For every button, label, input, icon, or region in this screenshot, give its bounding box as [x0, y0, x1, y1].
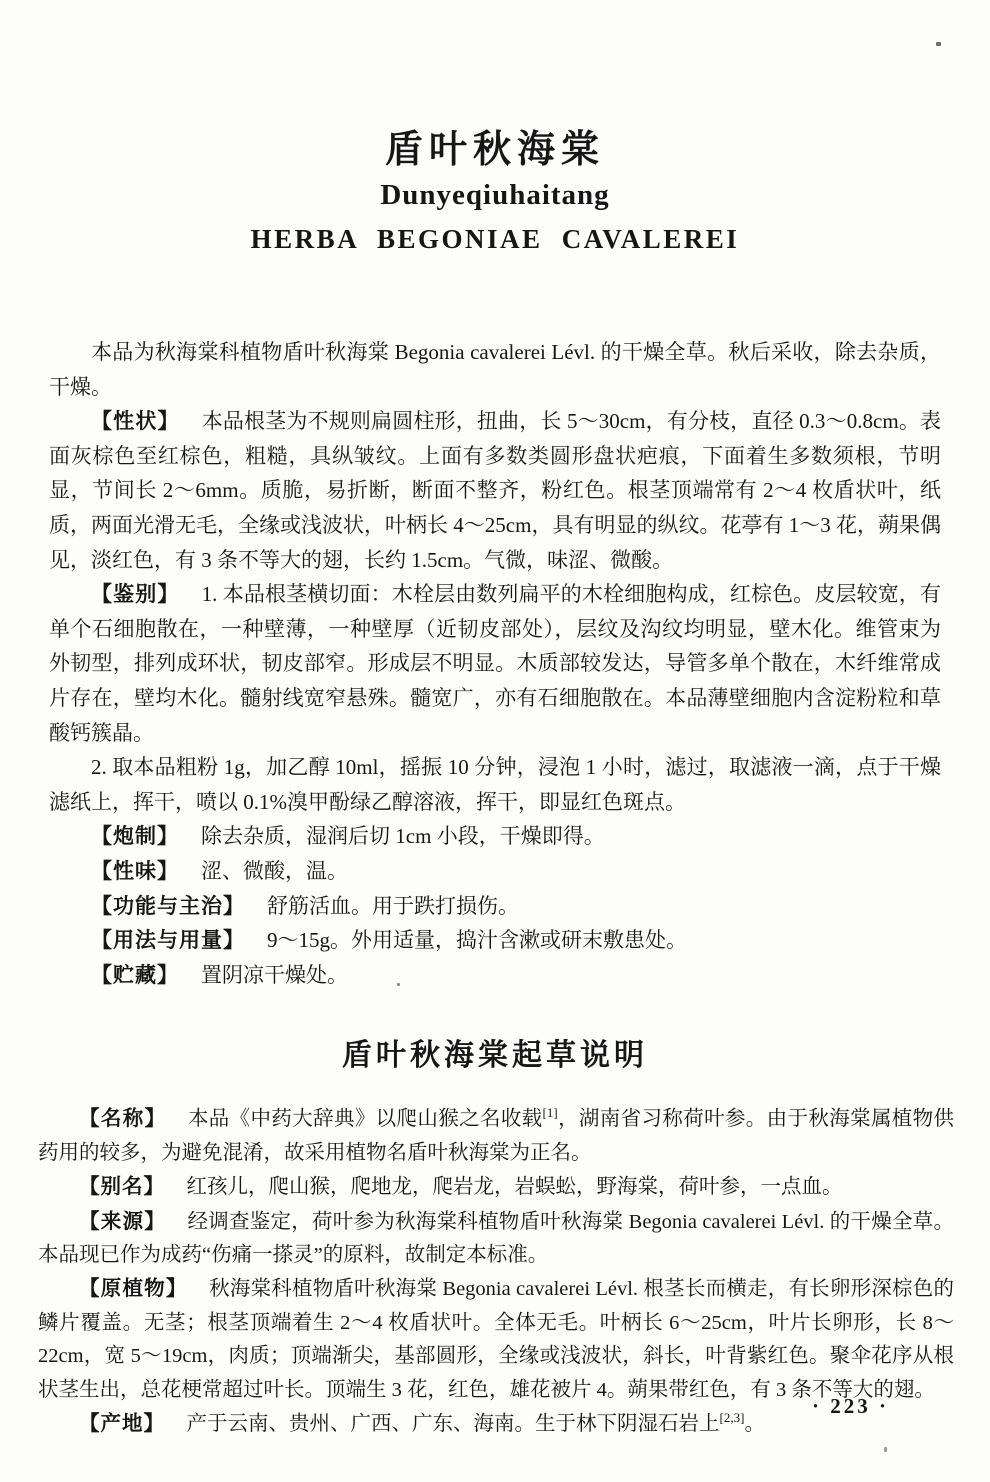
section-label-bieming: 【别名】: [79, 1174, 165, 1198]
paragraph-text: 经调查鉴定，荷叶参为秋海棠科植物盾叶秋海棠 Begonia cavalerei …: [38, 1211, 954, 1266]
explanation-section-title: 盾叶秋海棠起草说明: [0, 1030, 990, 1074]
paragraph-text: 本品为秋海棠科植物盾叶秋海棠 Begonia cavalerei Lévl. 的…: [49, 340, 941, 399]
monograph-title-chinese: 盾叶秋海棠: [0, 118, 990, 173]
section-label-chandi: 【产地】: [79, 1411, 165, 1435]
section-label-xingwei: 【性味】: [91, 859, 179, 883]
paragraph-text: 舒筋活血。用于跌打损伤。: [267, 894, 519, 918]
paragraph-text: 2. 取本品粗粉 1g，加乙醇 10ml，摇振 10 分钟，浸泡 1 小时，滤过…: [49, 755, 941, 814]
scan-speck: [397, 983, 400, 986]
section-label-zhucang: 【贮藏】: [91, 963, 179, 987]
paragraph-text: 除去杂质，湿润后切 1cm 小段，干燥即得。: [201, 824, 605, 848]
paragraph-text: 本品《中药大辞典》以爬山猴之名收载: [188, 1108, 543, 1130]
explanation-body: 【名称】本品《中药大辞典》以爬山猴之名收载[1]，湖南省习称荷叶参。由于秋海棠属…: [38, 1102, 954, 1441]
paragraph-processing: 【炮制】除去杂质，湿润后切 1cm 小段，干燥即得。: [49, 819, 941, 854]
citation-reference-1: [1]: [543, 1105, 558, 1120]
paragraph-text: 产于云南、贵州、广西、广东、海南。生于林下阴湿石岩上: [187, 1413, 720, 1435]
section-label-yuanzhiwu: 【原植物】: [79, 1276, 188, 1300]
paragraph-description: 【性状】本品根茎为不规则扁圆柱形，扭曲，长 5～30cm，有分枝，直径 0.3～…: [49, 404, 941, 577]
citation-reference-2: [2,3]: [720, 1410, 745, 1425]
section-label-yongfa: 【用法与用量】: [91, 928, 245, 952]
paragraph-functions: 【功能与主治】舒筋活血。用于跌打损伤。: [49, 889, 941, 924]
scanned-document-page: 盾叶秋海棠 Dunyeqiuhaitang HERBA BEGONIAE CAV…: [0, 0, 990, 1482]
paragraph-alternate-names: 【别名】红孩儿，爬山猴，爬地龙，爬岩龙，岩蜈蚣，野海棠，荷叶参，一点血。: [38, 1170, 954, 1204]
paragraph-origin: 【来源】经调查鉴定，荷叶参为秋海棠科植物盾叶秋海棠 Begonia cavale…: [38, 1205, 954, 1273]
monograph-body: 本品为秋海棠科植物盾叶秋海棠 Begonia cavalerei Lévl. 的…: [49, 335, 941, 992]
paragraph-identification-2: 2. 取本品粗粉 1g，加乙醇 10ml，摇振 10 分钟，浸泡 1 小时，滤过…: [49, 750, 941, 819]
section-label-xingzhuang: 【性状】: [91, 409, 180, 433]
paragraph-text: 红孩儿，爬山猴，爬地龙，爬岩龙，岩蜈蚣，野海棠，荷叶参，一点血。: [187, 1176, 843, 1198]
section-label-laiyuan: 【来源】: [79, 1209, 166, 1233]
paragraph-text: 本品根茎为不规则扁圆柱形，扭曲，长 5～30cm，有分枝，直径 0.3～0.8c…: [49, 409, 941, 571]
page-number: · 223 ·: [812, 1394, 889, 1419]
section-label-gongneng: 【功能与主治】: [91, 894, 245, 918]
paragraph-text: 9～15g。外用适量，捣汁含漱或研末敷患处。: [267, 928, 687, 952]
paragraph-text: 涩、微酸，温。: [201, 859, 348, 883]
section-label-jianbie: 【鉴别】: [91, 582, 180, 606]
paragraph-identification-1: 【鉴别】1. 本品根茎横切面：木栓层由数列扁平的木栓细胞构成，红棕色。皮层较宽，…: [49, 577, 941, 750]
scan-speck: [884, 1447, 887, 1452]
monograph-title-latin: HERBA BEGONIAE CAVALEREI: [0, 224, 990, 255]
paragraph-text: 1. 本品根茎横切面：木栓层由数列扁平的木栓细胞构成，红棕色。皮层较宽，有单个石…: [49, 582, 941, 744]
paragraph-storage: 【贮藏】置阴凉干燥处。: [49, 958, 941, 993]
paragraph-original-plant: 【原植物】秋海棠科植物盾叶秋海棠 Begonia cavalerei Lévl.…: [38, 1272, 954, 1407]
section-label-paozhi: 【炮制】: [91, 824, 179, 848]
section-label-mingcheng: 【名称】: [79, 1106, 166, 1130]
paragraph-source-intro: 本品为秋海棠科植物盾叶秋海棠 Begonia cavalerei Lévl. 的…: [49, 335, 941, 404]
paragraph-taste: 【性味】涩、微酸，温。: [49, 854, 941, 889]
paragraph-text: 置阴凉干燥处。: [201, 963, 348, 987]
scan-speck: [936, 42, 941, 46]
monograph-title-pinyin: Dunyeqiuhaitang: [0, 179, 990, 212]
paragraph-dosage: 【用法与用量】9～15g。外用适量，捣汁含漱或研末敷患处。: [49, 923, 941, 958]
paragraph-text: 。: [744, 1413, 765, 1435]
paragraph-name-explanation: 【名称】本品《中药大辞典》以爬山猴之名收载[1]，湖南省习称荷叶参。由于秋海棠属…: [38, 1102, 954, 1170]
